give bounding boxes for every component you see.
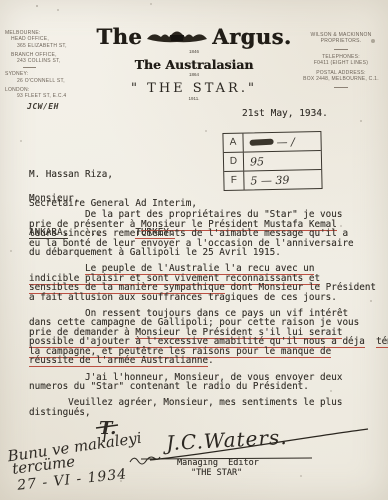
letterhead-telephones-value: F0411 (EIGHT LINES) <box>295 60 387 66</box>
salutation: Monsieur, <box>29 194 379 203</box>
masthead-year-star: 1911. <box>92 96 296 101</box>
masthead-year-australasian: 1864 <box>92 72 296 77</box>
letter-body: Monsieur, De la part des propriétaires d… <box>29 194 379 424</box>
letterhead-right-column: WILSON & MACKINNON PROPRIETORS. TELEPHON… <box>295 32 387 92</box>
letterhead-address-line: 93 FLEET ST, E.C.4 <box>5 93 101 99</box>
letter-line: témoigné et de nous écrire a ce sujet: s… <box>370 336 388 348</box>
scanned-letter-page: MELBOURNE: HEAD OFFICE, 365 ELIZABETH ST… <box>0 0 388 500</box>
stamp-row-key: D <box>224 153 244 171</box>
coat-of-arms-icon <box>146 29 208 45</box>
stamp-row: A — / <box>223 132 320 153</box>
salutation-text: Monsieur, <box>29 193 79 204</box>
red-underlined-text: réussite de l'armée Australianne <box>29 355 208 367</box>
divider <box>23 67 36 68</box>
letterhead-address-line: 243 COLLINS ST, <box>5 58 101 64</box>
letterhead-postal-value: BOX 2448, MELBOURNE, C.1. <box>295 76 387 82</box>
letter-line: distingués, <box>29 407 91 418</box>
stamp-row-key: A <box>223 134 243 152</box>
letterhead-address-line: 26 O'CONNELL ST, <box>5 78 101 84</box>
divider <box>334 49 348 50</box>
stamp-row: F 5 — 39 <box>224 170 321 190</box>
stamp-row-value: — / <box>243 132 320 152</box>
stamp-row-value-text: 95 <box>250 153 264 170</box>
letter-line: numeros du "Star" contenant le radio du … <box>29 381 309 392</box>
paragraph-1: De la part des propriétaires du "Star" j… <box>29 210 379 257</box>
signatory-organisation: "THE STAR" <box>191 468 242 478</box>
stamp-row-value-text: 5 — 39 <box>250 171 289 189</box>
letterhead-proprietors-line: PROPRIETORS. <box>295 38 387 44</box>
letter-line: du débarquement à Gallipoli le 25 Avril … <box>29 247 281 258</box>
letter-line: a fait allusion aux souffrances tragique… <box>29 292 337 303</box>
masthead-star: " THE STAR." <box>92 81 296 96</box>
masthead-australasian: The Australasian <box>92 57 296 72</box>
letterhead-left-column: MELBOURNE: HEAD OFFICE, 365 ELIZABETH ST… <box>5 30 101 110</box>
masthead-year-argus: 1846 <box>92 49 296 54</box>
masthead-the: The <box>96 24 142 49</box>
stamp-row-value-text: — / <box>276 133 295 150</box>
letter-line: réussite de l'armée Australianne. <box>29 355 214 367</box>
paragraph-4: J'ai l'honneur, Monsieur, de vous envoye… <box>29 373 379 392</box>
stamp-row: D 95 <box>224 151 321 172</box>
signatory-title: Managing Editor <box>177 458 259 468</box>
stamp-row-key: F <box>224 172 244 190</box>
scribble-mark <box>249 139 273 146</box>
masthead-argus: Argus. <box>212 24 291 49</box>
paper-specks <box>0 0 2 2</box>
letterhead-address-line: 365 ELIZABETH ST, <box>5 43 101 49</box>
closing: Veuillez agréer, Monsieur, mes sentiment… <box>29 398 379 417</box>
paragraph-3: On ressent toujours dans ce pays un vif … <box>29 309 379 365</box>
letter-date: 21st May, 1934. <box>242 108 328 119</box>
signature-script: J.C.Waters. <box>165 425 288 455</box>
reference-initials: JCW/EH <box>27 104 101 110</box>
recipient-name: M. Hassan Riza, <box>29 170 197 180</box>
paragraph-2: Le peuple de l'Australie l'a recu avec u… <box>29 264 379 302</box>
divider <box>334 87 348 88</box>
registry-stamp-grid: A — / D 95 F 5 — 39 <box>222 131 322 191</box>
masthead-argus-row: The Argus. <box>92 24 296 49</box>
masthead: The Argus. 1846 The Australasian 1864 " … <box>92 24 296 101</box>
red-underlined-text: témoigné et de nous écrire a ce sujet: s… <box>376 336 388 348</box>
